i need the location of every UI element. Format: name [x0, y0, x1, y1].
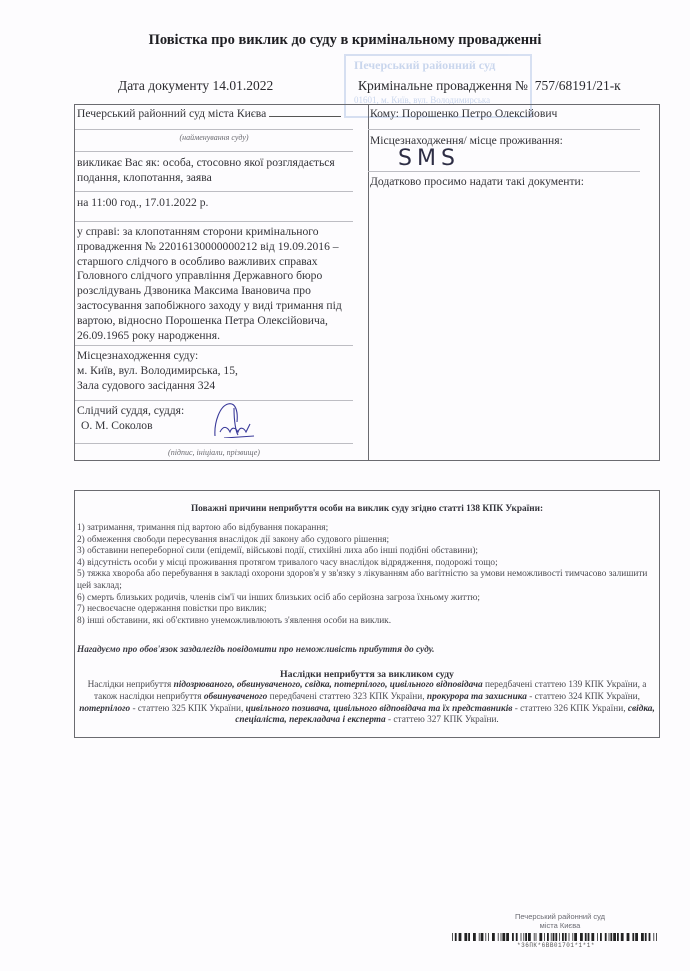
- recipient: Кому: Порошенко Петро Олексійович: [370, 107, 557, 122]
- case-label: Кримінальне провадження №: [358, 78, 528, 93]
- summons-as: викликає Вас як: особа, стосовно якої ро…: [77, 156, 357, 186]
- judge-name: О. М. Соколов: [81, 419, 153, 434]
- consequences-header: Наслідки неприбуття за викликом суду: [75, 669, 659, 680]
- consequences-segment: - статтею 324 КПК України,: [527, 692, 640, 702]
- list-item: 6) смерть близьких родичів, членів сім'ї…: [77, 593, 651, 605]
- divider: [75, 400, 353, 401]
- consequences-segment: - статтею 326 КПК України,: [512, 704, 627, 714]
- list-item: 4) відсутність особи у місці проживання …: [77, 558, 651, 570]
- list-item: 5) тяжка хвороба або перебування в закла…: [77, 569, 651, 592]
- consequences-segment: - статтею 325 КПК України,: [130, 704, 245, 714]
- reasons-box: Поважні причини неприбуття особи на викл…: [74, 490, 660, 738]
- court-address-line-1: м. Київ, вул. Володимирська, 15,: [77, 364, 238, 379]
- documents-label: Додатково просимо надати такі документи:: [370, 175, 584, 190]
- divider: [75, 129, 353, 130]
- list-item: 2) обмеження свободи пересування внаслід…: [77, 535, 651, 547]
- list-item: 3) обставини непереборної сили (епідемії…: [77, 546, 651, 558]
- divider: [75, 151, 353, 152]
- stamp-line-1: Печерський районний суд: [354, 58, 522, 73]
- case-description: у справі: за клопотанням сторони криміна…: [77, 225, 359, 343]
- date-value: 14.01.2022: [212, 78, 273, 93]
- signature-caption: (підпис, ініціали, прізвище): [75, 448, 353, 457]
- list-item: 1) затримання, тримання під вартою або в…: [77, 523, 651, 535]
- consequences-segment: Наслідки неприбуття: [88, 680, 174, 690]
- document-title: Повістка про виклик до суду в кримінальн…: [0, 32, 690, 49]
- court-location-label: Місцезнаходження суду:: [77, 349, 198, 364]
- emphasized-role: підозрюваного, обвинуваченого, свідка, п…: [174, 680, 483, 690]
- list-item: 8) інші обставини, які об'єктивно унемож…: [77, 616, 651, 628]
- date-label: Дата документу: [118, 78, 209, 93]
- divider: [75, 191, 353, 192]
- footer-court-line-2: міста Києва: [460, 921, 660, 930]
- case-value: 757/68191/21-к: [535, 78, 621, 93]
- footer-court-line-1: Печерський районний суд: [460, 912, 660, 921]
- summons-left-column: Печерський районний суд міста Києва (най…: [75, 105, 369, 460]
- summons-table: Печерський районний суд міста Києва (най…: [74, 104, 660, 461]
- list-item: 7) несвоєчасне одержання повістки про ви…: [77, 604, 651, 616]
- court-name-caption: (найменування суду): [75, 133, 353, 142]
- case-number: Кримінальне провадження № 757/68191/21-к: [358, 78, 621, 94]
- reasons-header: Поважні причини неприбуття особи на викл…: [75, 504, 659, 514]
- emphasized-role: прокурора та захисника: [427, 692, 527, 702]
- emphasized-role: цивільного позивача, цивільного відповід…: [246, 704, 513, 714]
- court-address-line-2: Зала судового засідання 324: [77, 379, 215, 394]
- divider: [368, 171, 640, 172]
- residence-handwritten: SMS: [398, 146, 460, 171]
- court-name: Печерський районний суд міста Києва: [77, 107, 341, 122]
- divider: [75, 443, 353, 444]
- judge-label: Слідчий суддя, суддя:: [77, 404, 184, 419]
- consequences-text: Наслідки неприбуття підозрюваного, обвин…: [79, 680, 655, 727]
- summons-right-column: Кому: Порошенко Петро Олексійович Місцез…: [368, 105, 659, 460]
- footer-court: Печерський районний суд міста Києва: [460, 912, 660, 930]
- barcode-icon: [452, 933, 660, 941]
- divider: [368, 129, 640, 130]
- divider: [75, 221, 353, 222]
- barcode-text: *36ПК*6ВВ01701*1*1*: [452, 942, 660, 949]
- judge-signature-icon: [210, 402, 260, 438]
- reasons-list: 1) затримання, тримання під вартою або в…: [77, 523, 651, 627]
- hearing-time: на 11:00 год., 17.01.2022 р.: [77, 196, 208, 211]
- document-date: Дата документу 14.01.2022: [118, 78, 273, 94]
- emphasized-role: обвинуваченого: [204, 692, 267, 702]
- reminder-note: Нагадуємо про обов'язок заздалегідь пові…: [77, 645, 434, 655]
- consequences-segment: - статтею 327 КПК України.: [386, 715, 499, 725]
- consequences-segment: передбачені статтею 323 КПК України,: [267, 692, 427, 702]
- divider: [75, 345, 353, 346]
- emphasized-role: потерпілого: [79, 704, 130, 714]
